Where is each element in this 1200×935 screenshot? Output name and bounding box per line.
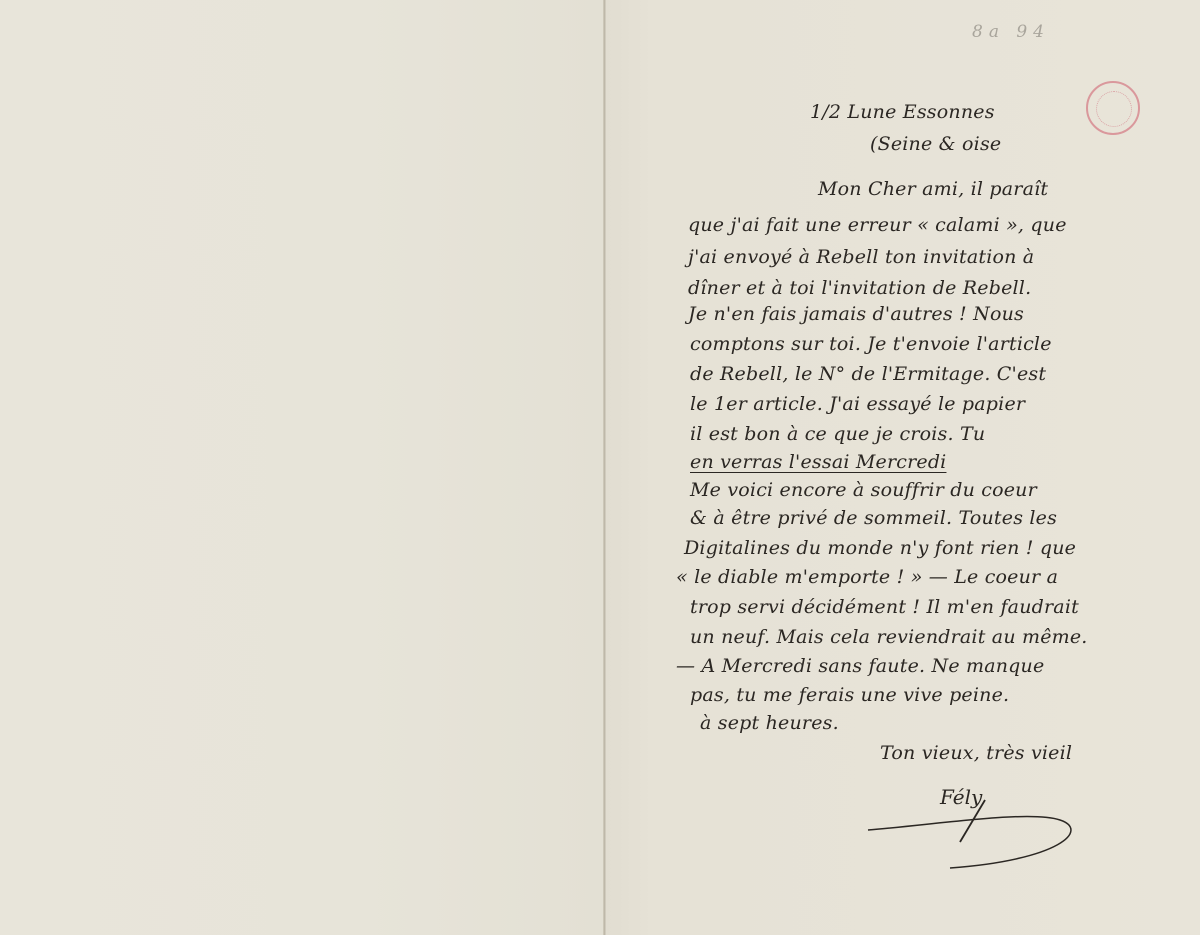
body-line: Me voici encore à souffrir du coeur: [690, 479, 1037, 501]
left-page-blank: [0, 0, 604, 935]
pencil-annotation: 8a 94: [972, 22, 1050, 42]
body-line: j'ai envoyé à Rebell ton invitation à: [688, 246, 1034, 268]
signature-flourish-icon: [860, 790, 1100, 870]
body-line: — A Mercredi sans faute. Ne manque: [676, 655, 1044, 677]
body-line: le 1er article. J'ai essayé le papier: [690, 393, 1025, 415]
body-line: & à être privé de sommeil. Toutes les: [690, 507, 1057, 529]
body-line: dîner et à toi l'invitation de Rebell.: [688, 277, 1031, 299]
body-line: comptons sur toi. Je t'envoie l'article: [690, 333, 1052, 355]
body-line: un neuf. Mais cela reviendrait au même.: [690, 626, 1088, 648]
body-line: « le diable m'emporte ! » — Le coeur a: [676, 566, 1058, 588]
library-stamp-icon: [1086, 81, 1140, 135]
body-line: Digitalines du monde n'y font rien ! que: [684, 537, 1076, 559]
body-line: pas, tu me ferais une vive peine.: [690, 684, 1009, 706]
closing-line: Ton vieux, très vieil: [880, 742, 1072, 764]
body-line: il est bon à ce que je crois. Tu: [690, 423, 985, 445]
address-line-1: 1/2 Lune Essonnes: [810, 101, 995, 123]
body-line: Je n'en fais jamais d'autres ! Nous: [688, 303, 1024, 325]
body-line: Mon Cher ami, il paraît: [818, 178, 1048, 200]
body-line-underlined: en verras l'essai Mercredi: [690, 451, 946, 473]
body-line: trop servi décidément ! Il m'en faudrait: [690, 596, 1079, 618]
body-line: de Rebell, le N° de l'Ermitage. C'est: [690, 363, 1046, 385]
body-line: à sept heures.: [700, 712, 839, 734]
body-line: que j'ai fait une erreur « calami », que: [688, 214, 1067, 236]
address-line-2: (Seine & oise: [870, 133, 1001, 155]
